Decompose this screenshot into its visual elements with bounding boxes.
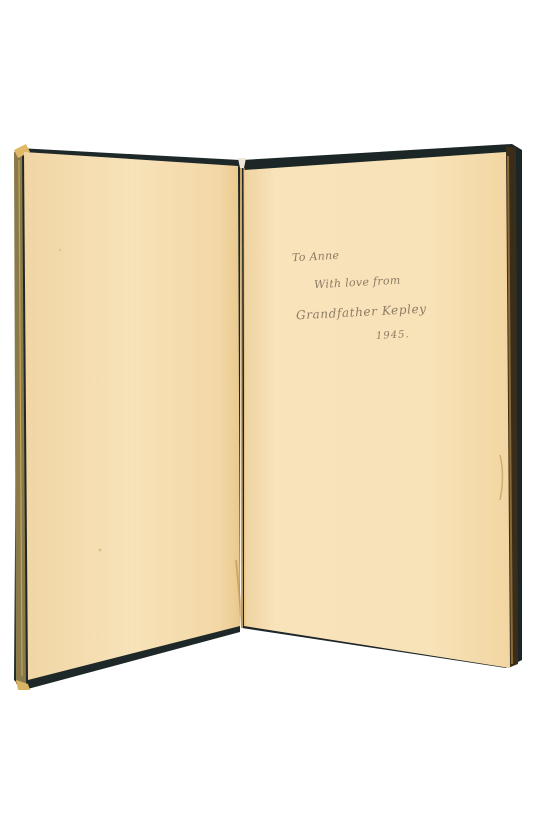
open-book [0,0,550,825]
inscription-recipient: To Anne [292,249,340,264]
foxing-spot [99,549,102,552]
book-photo: To Anne With love from Grandfather Keple… [0,0,550,825]
foxing-spot [59,249,61,251]
inscription-year: 1945. [376,329,410,342]
right-page [244,152,510,668]
left-page [24,152,240,680]
